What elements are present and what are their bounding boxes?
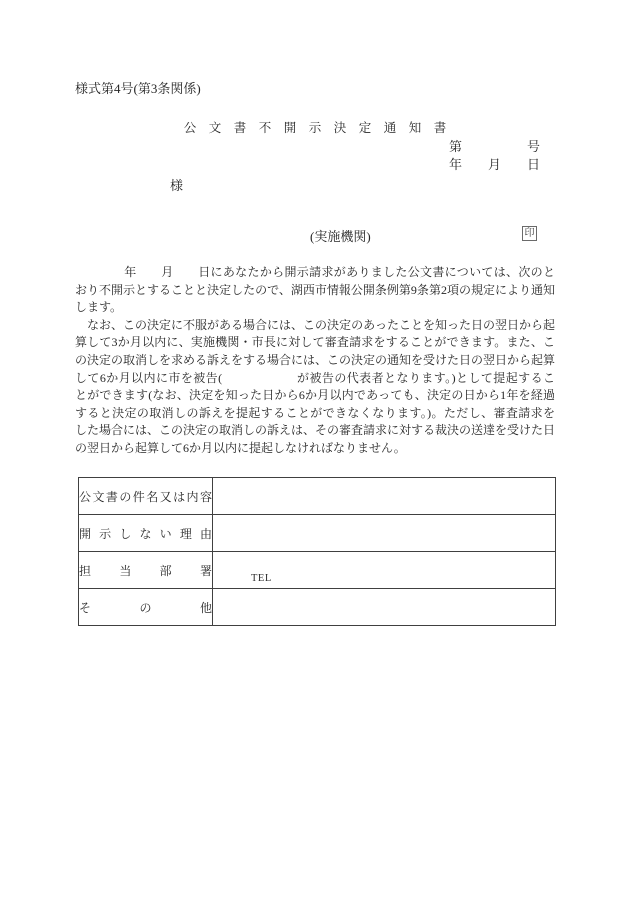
table-row: 開示しない理由: [79, 515, 556, 552]
document-page: 様式第4号(第3条関係) 公 文 書 不 開 示 決 定 通 知 書 第 号 年…: [0, 0, 630, 915]
document-title: 公 文 書 不 開 示 決 定 通 知 書: [75, 120, 555, 136]
fields-table: 公文書の件名又は内容 開示しない理由 担当部署 TEL その他: [78, 477, 556, 626]
row-label-department: 担当部署: [79, 552, 213, 589]
tel-label: TEL: [251, 573, 272, 584]
body-line: して6か月以内に市を被告( が被告の代表者となります。)として提起するこ: [75, 370, 555, 388]
addressee-suffix: 様: [170, 178, 183, 194]
body-line: の決定の取消しを求める訴えをする場合には、この決定の通知を受けた日の翌日から起算: [75, 352, 555, 370]
subject-field: [213, 478, 556, 515]
row-label-other: その他: [79, 589, 213, 626]
body-line: 算して3か月以内に、実施機関・市長に対して審査請求をすることができます。また、こ: [75, 334, 555, 352]
body-line: します。: [75, 299, 555, 317]
date-line: 年 月 日: [75, 157, 540, 173]
form-number-note: 様式第4号(第3条関係): [75, 81, 201, 96]
body-line: とができます(なお、決定を知った日から6か月以内であっても、決定の日から1年を経…: [75, 387, 555, 405]
table-row: その他: [79, 589, 556, 626]
body-line: 年 月 日にあなたから開示請求がありました公文書については、次のと: [75, 264, 555, 282]
row-label-reason: 開示しない理由: [79, 515, 213, 552]
body-line: の翌日から起算して6か月以内に提起しなければなりません。: [75, 440, 555, 458]
body-line: おり不開示とすることと決定したので、湖西市情報公開条例第9条第2項の規定により通…: [75, 282, 555, 300]
issuer-label: (実施機関): [310, 229, 371, 245]
reason-field: [213, 515, 556, 552]
body-text: 年 月 日にあなたから開示請求がありました公文書については、次のと おり不開示と…: [75, 264, 555, 458]
body-line: なお、この決定に不服がある場合には、この決定のあったことを知った日の翌日から起: [75, 317, 555, 335]
other-field: [213, 589, 556, 626]
doc-number-line: 第 号: [75, 139, 540, 155]
row-label-subject: 公文書の件名又は内容: [79, 478, 213, 515]
table-row: 担当部署 TEL: [79, 552, 556, 589]
body-line: した場合には、この決定の取消しの訴えは、その審査請求に対する裁決の送達を受けた日: [75, 422, 555, 440]
department-field: TEL: [213, 552, 556, 589]
seal-box: 印: [522, 226, 537, 241]
table-row: 公文書の件名又は内容: [79, 478, 556, 515]
seal-icon: 印: [525, 229, 535, 239]
body-line: すると決定の取消しの訴えを提起することができなくなります。)。ただし、審査請求を: [75, 405, 555, 423]
